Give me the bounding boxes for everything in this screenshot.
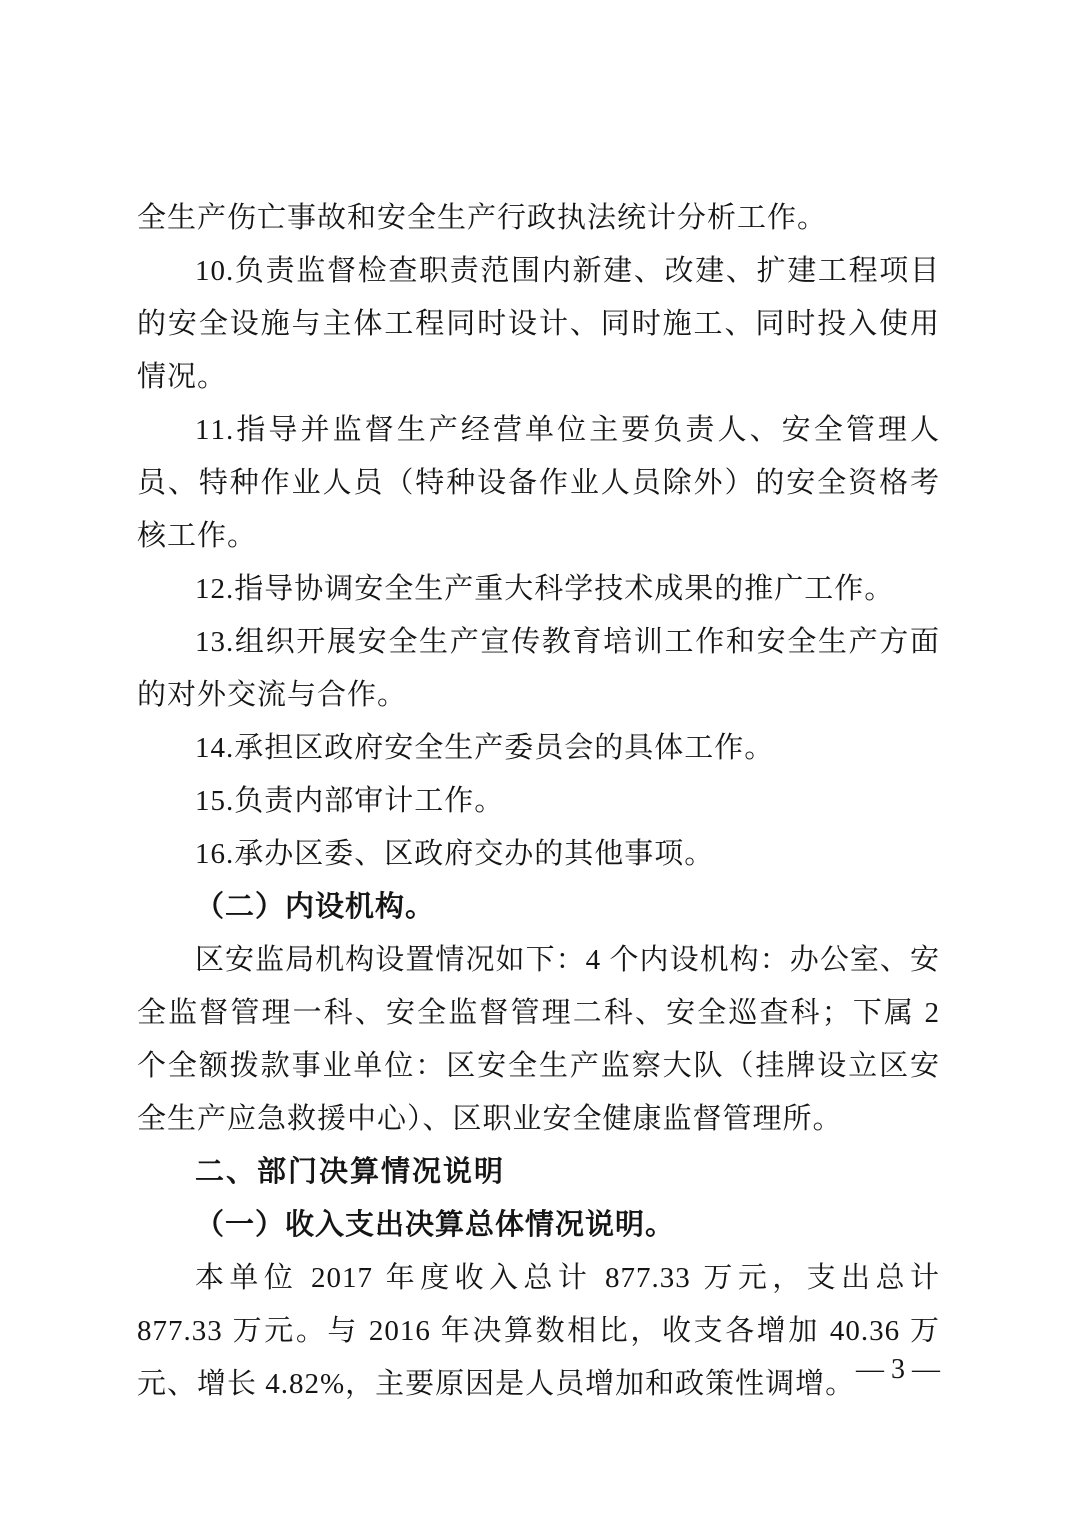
subheading-internal-organs: （二）内设机构。: [137, 881, 940, 934]
item-15: 15.负责内部审计工作。: [137, 775, 940, 828]
item-12: 12.指导协调安全生产重大科学技术成果的推广工作。: [137, 563, 940, 616]
heading-section-2: 二、部门决算情况说明: [137, 1146, 940, 1199]
page-footer: — 3 —: [856, 1350, 940, 1390]
subheading-2-1: （一）收入支出决算总体情况说明。: [137, 1199, 940, 1252]
item-11: 11.指导并监督生产经营单位主要负责人、安全管理人员、特种作业人员（特种设备作业…: [137, 404, 940, 563]
item-13: 13.组织开展安全生产宣传教育培训工作和安全生产方面的对外交流与合作。: [137, 616, 940, 722]
para-budget-summary: 本单位 2017 年度收入总计 877.33 万元，支出总计 877.33 万元…: [137, 1252, 940, 1411]
para-organ-setup: 区安监局机构设置情况如下：4 个内设机构：办公室、安全监督管理一科、安全监督管理…: [137, 934, 940, 1146]
item-10: 10.负责监督检查职责范围内新建、改建、扩建工程项目的安全设施与主体工程同时设计…: [137, 245, 940, 404]
page-number: — 3 —: [856, 1354, 940, 1385]
para-carryover: 全生产伤亡事故和安全生产行政执法统计分析工作。: [137, 192, 940, 245]
item-16: 16.承办区委、区政府交办的其他事项。: [137, 828, 940, 881]
document-page: 全生产伤亡事故和安全生产行政执法统计分析工作。10.负责监督检查职责范围内新建、…: [0, 0, 1074, 1520]
document-body: 全生产伤亡事故和安全生产行政执法统计分析工作。10.负责监督检查职责范围内新建、…: [137, 192, 940, 1411]
item-14: 14.承担区政府安全生产委员会的具体工作。: [137, 722, 940, 775]
